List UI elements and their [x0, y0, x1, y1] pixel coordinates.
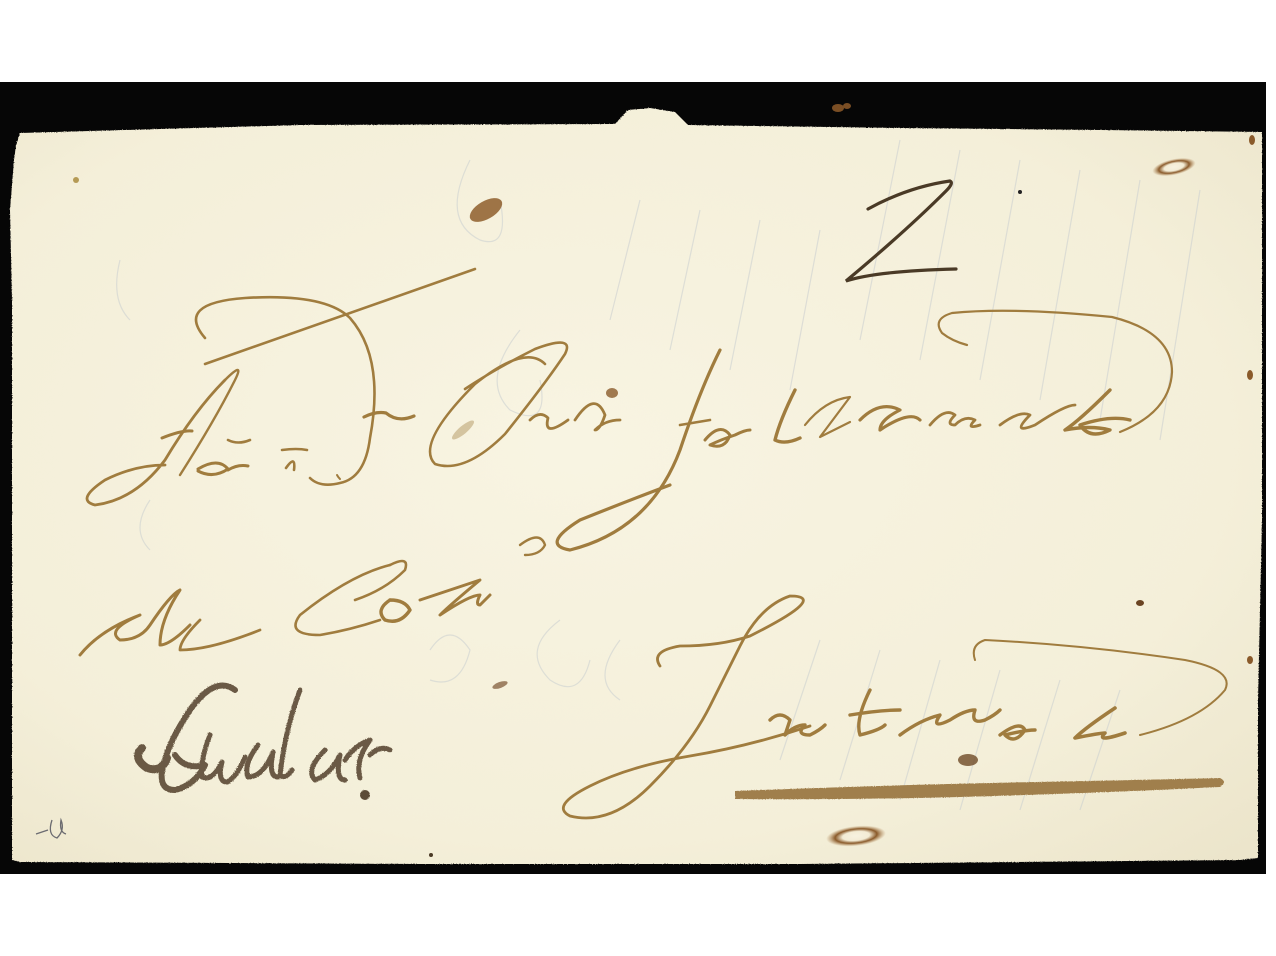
paper-sheet — [10, 108, 1262, 864]
cover-photo — [0, 0, 1276, 956]
